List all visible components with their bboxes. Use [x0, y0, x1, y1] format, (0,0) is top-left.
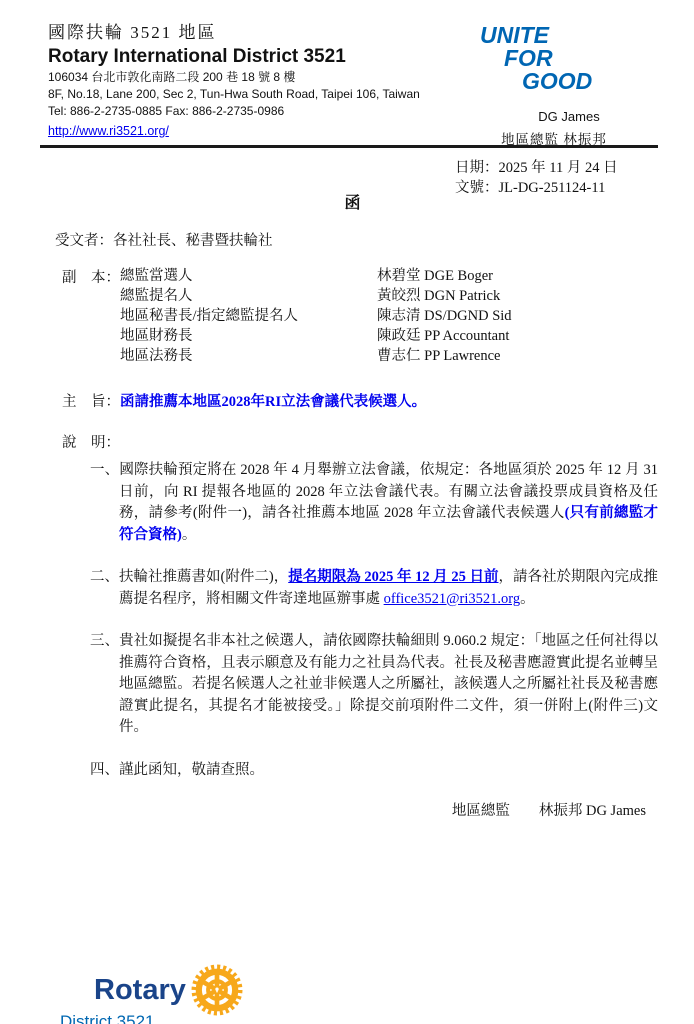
- item-number: 二、: [90, 569, 119, 585]
- cc-name: 黃皎烈 DGN Patrick: [377, 286, 500, 306]
- document-meta: 日期：2025 年 11 月 24 日 文號：JL-DG-251124-11: [455, 158, 658, 198]
- campaign-line-3: GOOD: [522, 70, 634, 93]
- explanation-item-3: 三、貴社如擬提名非本社之候選人，請依國際扶輪細則 9.060.2 規定：「地區之…: [90, 631, 658, 739]
- unite-for-good-logo: UNITE FOR GOOD: [474, 24, 634, 93]
- rotary-wheel-icon: [191, 964, 243, 1016]
- item-number: 四、: [90, 762, 119, 778]
- item-text: 謹此函知，敬請查照。: [119, 762, 264, 778]
- item-text-end: 。: [182, 527, 197, 543]
- header-right-block: UNITE FOR GOOD DG James 地區總監 林振邦: [474, 24, 634, 148]
- cc-label: 副 本：: [62, 266, 120, 366]
- cc-title: 地區秘書長/指定總監提名人: [120, 306, 377, 326]
- explanation-item-4: 四、謹此函知，敬請查照。: [90, 760, 658, 782]
- cc-name: 陳志清 DS/DGND Sid: [377, 306, 512, 326]
- governor-name-zh: 地區總監 林振邦: [474, 128, 634, 148]
- date-line: 日期：2025 年 11 月 24 日: [455, 158, 658, 178]
- recipient-line: 受文者：各社社長、秘書暨扶輪社: [55, 229, 658, 250]
- cc-row: 總監提名人 黃皎烈 DGN Patrick: [120, 286, 658, 306]
- item-text: 扶輪社推薦書如(附件二)，: [119, 569, 288, 585]
- campaign-line-1: UNITE: [480, 24, 634, 47]
- cc-list: 總監當選人 林碧堂 DGE Boger 總監提名人 黃皎烈 DGN Patric…: [120, 266, 658, 366]
- cc-name: 陳政廷 PP Accountant: [377, 326, 509, 346]
- cc-name: 林碧堂 DGE Boger: [377, 266, 493, 286]
- cc-section: 副 本： 總監當選人 林碧堂 DGE Boger 總監提名人 黃皎烈 DGN P…: [62, 266, 658, 366]
- rotary-wordmark: Rotary: [94, 974, 186, 1007]
- item-number: 一、: [90, 462, 119, 478]
- signature-line: 地區總監 林振邦 DG James: [48, 799, 658, 820]
- explanation-label: 說 明：: [62, 431, 658, 452]
- subject-label: 主 旨：: [62, 394, 120, 410]
- item-text-end: 。: [520, 591, 535, 607]
- cc-title: 地區財務長: [120, 326, 377, 346]
- campaign-line-2: FOR: [504, 47, 634, 70]
- cc-title: 總監提名人: [120, 286, 377, 306]
- office-email-link[interactable]: office3521@ri3521.org: [384, 591, 520, 607]
- cc-row: 地區財務長 陳政廷 PP Accountant: [120, 326, 658, 346]
- cc-title: 地區法務長: [120, 346, 377, 366]
- item-number: 三、: [90, 633, 119, 649]
- explanation-item-1: 一、國際扶輪預定將在 2028 年 4 月舉辦立法會議，依規定：各地區須於 20…: [90, 460, 658, 546]
- website-link[interactable]: http://www.ri3521.org/: [48, 124, 169, 138]
- subject-text: 函請推薦本地區2028年RI立法會議代表候選人。: [120, 394, 426, 410]
- cc-row: 地區秘書長/指定總監提名人 陳志清 DS/DGND Sid: [120, 306, 658, 326]
- letterhead: 國際扶輪 3521 地區 Rotary International Distri…: [48, 22, 658, 140]
- letter-page: 國際扶輪 3521 地區 Rotary International Distri…: [0, 0, 694, 1024]
- item-text: 貴社如擬提名非本社之候選人，請依國際扶輪細則 9.060.2 規定：「地區之任何…: [119, 633, 658, 735]
- deadline-highlight: 提名期限為 2025 年 12 月 25 日前: [288, 569, 498, 585]
- cc-row: 總監當選人 林碧堂 DGE Boger: [120, 266, 658, 286]
- rotary-district-logo: Rotary District 3521: [60, 964, 243, 1024]
- subject-line: 主 旨：函請推薦本地區2028年RI立法會議代表候選人。: [62, 390, 658, 411]
- cc-title: 總監當選人: [120, 266, 377, 286]
- explanation-item-2: 二、扶輪社推薦書如(附件二)，提名期限為 2025 年 12 月 25 日前，請…: [90, 567, 658, 610]
- cc-row: 地區法務長 曹志仁 PP Lawrence: [120, 346, 658, 366]
- cc-name: 曹志仁 PP Lawrence: [377, 346, 501, 366]
- governor-name-en: DG James: [474, 109, 634, 124]
